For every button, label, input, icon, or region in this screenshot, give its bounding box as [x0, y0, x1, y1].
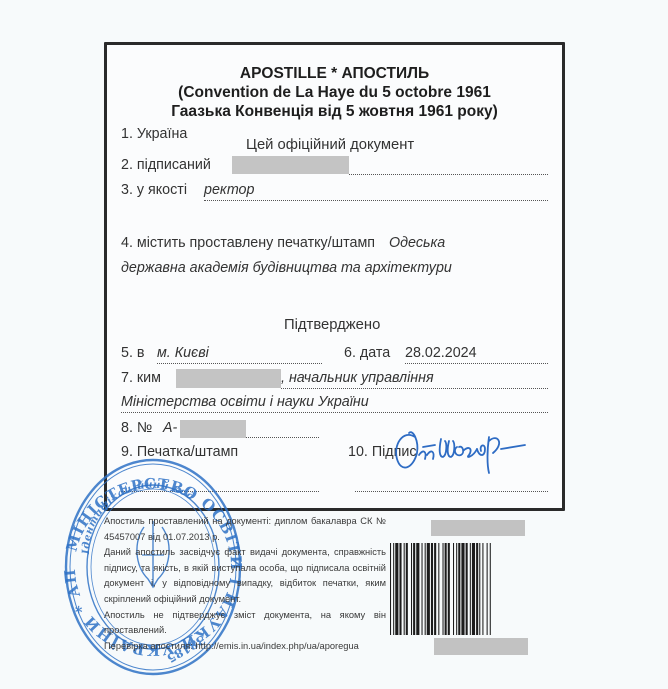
place-dotted-line [157, 363, 322, 364]
field-stamp-label: 9. Печатка/штамп [121, 444, 238, 460]
by-dotted-line-1 [281, 388, 548, 389]
apostille-notice: Апостиль проставлений на документі: дипл… [104, 514, 386, 654]
apostille-frame: APOSTILLE * АПОСТИЛЬ (Convention de La H… [104, 42, 565, 511]
notice-certifies: Даний апостиль засвідчує факт видачі док… [104, 545, 386, 607]
number-dotted-line [246, 437, 319, 438]
stamp-dotted-line [121, 491, 319, 492]
field-signed-by-label: 2. підписаний [121, 157, 211, 173]
field-date-value: 28.02.2024 [405, 345, 477, 361]
certified-caption: Підтверджено [284, 317, 380, 333]
field-date-label: 6. дата [344, 345, 390, 361]
barcode-label-top-redaction [431, 520, 525, 536]
notice-verify-link[interactable]: Перевірка апостиля: http://emis.in.ua/in… [104, 639, 386, 655]
field-capacity-value: ректор [204, 182, 254, 198]
apostille-title: APOSTILLE * АПОСТИЛЬ [107, 65, 562, 83]
field-seal-value-2: державна академія будівництва та архітек… [121, 260, 452, 276]
field-seal-label: 4. містить проставлену печатку/штамп [121, 235, 375, 251]
field-by-position-2: Міністерства освіти і науки України [121, 394, 369, 410]
field-seal-value-1: Одеська [389, 235, 445, 251]
notice-disclaimer: Апостиль не підтверджує зміст документа,… [104, 608, 386, 639]
signature-dotted-line [355, 491, 548, 492]
field-country: 1. Україна [121, 126, 187, 142]
barcode-icon [390, 543, 566, 635]
field-number-value: А- [163, 420, 177, 436]
by-dotted-line-2 [121, 412, 548, 413]
field-by-position-1: , начальник управління [281, 370, 434, 386]
notice-document: Апостиль проставлений на документі: дипл… [104, 514, 386, 545]
handwritten-signature-icon [389, 419, 539, 481]
convention-french: (Convention de La Haye du 5 octobre 1961 [107, 84, 562, 102]
convention-ukrainian: Гаазька Конвенція від 5 жовтня 1961 року… [107, 103, 562, 121]
by-redaction [176, 369, 281, 388]
signed-by-redaction [232, 156, 349, 174]
field-place-value: м. Києві [157, 345, 209, 361]
field-by-label: 7. ким [121, 370, 161, 386]
field-number-label: 8. № [121, 420, 152, 436]
date-dotted-line [405, 363, 548, 364]
field-capacity-label: 3. у якості [121, 182, 187, 198]
document-caption: Цей офіційний документ [246, 137, 414, 153]
signed-by-dotted-line [349, 174, 548, 175]
capacity-dotted-line [204, 200, 548, 201]
barcode-label-bottom-redaction [434, 638, 528, 655]
field-place-label: 5. в [121, 345, 145, 361]
number-redaction [180, 420, 246, 438]
